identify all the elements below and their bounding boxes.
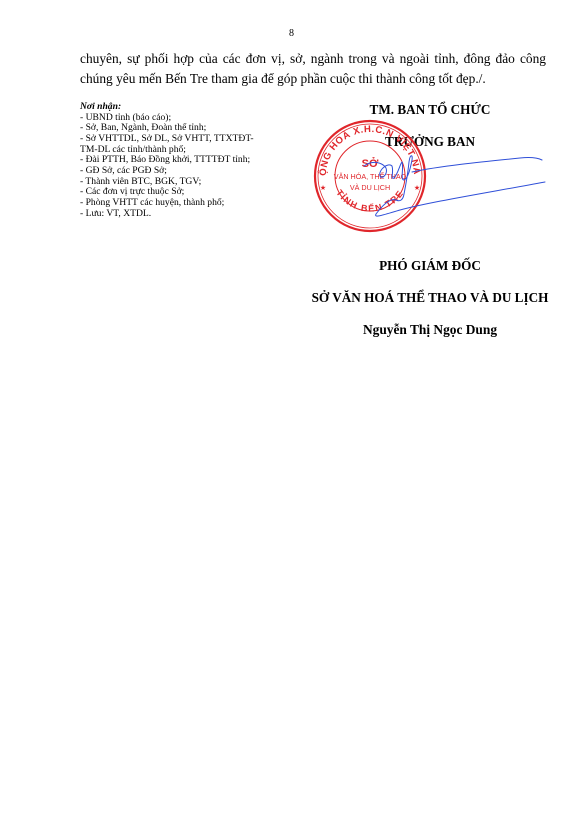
- position-title: PHÓ GIÁM ĐỐC: [290, 258, 570, 274]
- signature-block: TM. BAN TỔ CHỨC TRƯỞNG BAN PHÓ GIÁM ĐỐC …: [290, 102, 570, 182]
- paragraph-line: chuyên, sự phối hợp của các đơn vị, sở, …: [80, 49, 546, 69]
- svg-text:★: ★: [320, 184, 326, 192]
- page-number: 8: [0, 28, 583, 40]
- stamp-inner-line-3: VÀ DU LỊCH: [350, 183, 390, 192]
- paragraph-line: chúng yêu mến Bến Tre tham gia để góp ph…: [80, 69, 546, 89]
- on-behalf-title: TM. BAN TỔ CHỨC: [290, 102, 570, 118]
- svg-text:TỈNH BẾN TRE: TỈNH BẾN TRE: [334, 188, 406, 214]
- recipients-list: Nơi nhận: - UBND tỉnh (báo cáo); - Sở, B…: [80, 102, 300, 219]
- recipient-item: - Lưu: VT, XTDL.: [80, 209, 300, 220]
- svg-text:★: ★: [414, 184, 420, 192]
- recipient-item: - Phòng VHTT các huyện, thành phố;: [80, 198, 300, 209]
- organization-name: SỞ VĂN HOÁ THỂ THAO VÀ DU LỊCH: [290, 290, 570, 306]
- closing-paragraph: chuyên, sự phối hợp của các đơn vị, sở, …: [80, 49, 546, 89]
- recipient-item: - GĐ Sở, các PGĐ Sở;: [80, 166, 300, 177]
- signer-name: Nguyễn Thị Ngọc Dung: [290, 322, 570, 338]
- stamp-outer-bottom-text: TỈNH BẾN TRE: [334, 188, 406, 214]
- role-title: TRƯỞNG BAN: [290, 134, 570, 150]
